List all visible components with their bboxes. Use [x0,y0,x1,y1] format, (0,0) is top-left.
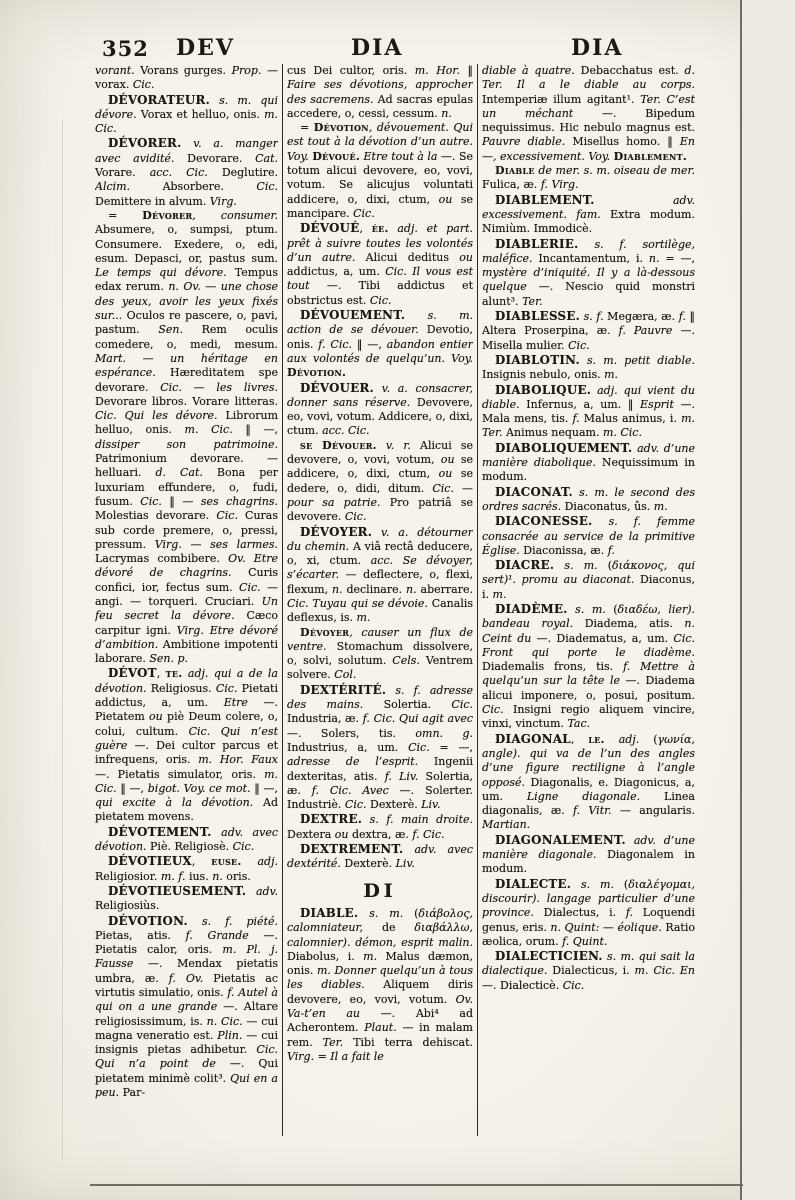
entry-text-segment: Cic. [133,78,155,91]
entry-text-segment: Intemperiæ illum agitant¹. [482,93,640,106]
entry-text-segment: f. Ov. [169,972,204,985]
entry-text-segment: ée. [372,222,389,235]
entry-text-segment: Pietatis simulator, oris. [110,768,265,781]
dictionary-entry: DEXTRE. s. f. main droite. Dextera ou de… [287,812,473,842]
entry-text-segment: Diaconissa, æ. [520,544,608,557]
entry-text-segment: Dévorer [142,209,192,222]
entry-text-segment: ‖ —, [233,423,278,436]
entry-text-segment: DÉVOTION. [108,914,188,928]
entry-text-segment: DÉVOTIEUX [108,854,192,868]
scan-edge-bottom-line [90,1184,743,1186]
entry-text-segment: m. [654,500,668,513]
entry-text-segment: m. Cic. [185,423,233,436]
entry-text-segment: Piè. Religiosè. [147,840,233,853]
entry-text-segment: d. Cat. [156,466,203,479]
entry-text-segment: Dialecticus, i. [547,964,634,977]
entry-text-segment: DÉVOT [108,666,157,680]
entry-text-segment: Debacchatus est. [575,64,685,77]
entry-text-segment: διαλέγομαι [628,878,691,891]
entry-text-segment: acc. Cic. [150,166,208,179]
entry-text-segment: ses chagrins. [201,495,278,508]
entry-text-segment: DÉVORATEUR. [108,93,210,107]
entry-text-segment: DIALECTE. [495,877,571,891]
entry-text-segment: Par- [119,1086,145,1099]
entry-text-segment: Sen. p. [149,652,188,665]
entry-text-segment: qui excite à la dévotion. [95,796,253,809]
entry-text-segment: DEXTÉRITÉ. [300,683,386,697]
dictionary-entry: DIABOLIQUEMENT. adv. d’une manière diabo… [482,441,695,485]
entry-text-segment: Diabolus, i. [287,950,363,963]
entry-text-segment: ses larmes. [210,538,278,551]
entry-text-segment: Industria, æ. [287,712,363,725]
dictionary-entry: DIADÈME. s. m. (διαδέω, lier). bandeau r… [482,602,695,732]
entry-text-segment: Col. [334,668,356,681]
adjacent-page-edge [742,0,795,1200]
entry-text-segment: Cat. [255,152,278,165]
entry-text-segment: Mart. [95,352,126,365]
entry-text-segment: Plaut. [364,1021,396,1034]
entry-text-segment: γωνία [658,733,692,746]
entry-text-segment: adj. [605,733,639,746]
entry-text-segment: le. [588,733,604,746]
entry-text-segment: m. Hor. [415,64,460,77]
entry-text-segment: Dialectus, i. [534,906,626,919]
entry-text-segment: Plin. [217,1029,242,1042]
entry-text-segment: ou [439,193,453,206]
entry-text-segment: f. Virg. [541,178,579,191]
entry-text-segment: Cic. [256,180,278,193]
entry-text-segment: ‖ [460,64,473,77]
entry-text-segment: ‖ —, [117,782,148,795]
entry-text-segment: diable à quatre. [482,64,575,77]
entry-text-segment: , [571,733,588,746]
entry-text-segment: les livres. [216,381,278,394]
entry-text-segment: Dextera [287,828,335,841]
entry-text-segment: DIALECTICIEN. [495,949,603,963]
entry-text-segment: DÉVOUER. [300,381,374,395]
column-rule-left [282,64,283,1136]
entry-text-segment: Cic. [345,510,367,523]
running-head-dia-center: DIA [351,35,403,61]
entry-text-segment: Cic. Tuyau qui se dévoie. [287,597,428,610]
entry-text-segment: n. [441,107,452,120]
dictionary-entry: se Dévouer. v. r. Alicui se devovere, o,… [287,439,473,525]
entry-text-segment: f. [573,412,580,425]
entry-text-segment: Fulica, æ. [482,178,541,191]
entry-text-segment: omn. g. [415,727,473,740]
scan-edge-right-line [740,0,742,1200]
entry-text-segment: n. Cic. [207,1015,243,1028]
entry-text-segment: Ter. [522,295,543,308]
dictionary-entry: DIABLESSE. s. f. Megæra, æ. f. ‖ Altera … [482,309,695,353]
entry-text-segment: se Dévouer. [300,439,377,452]
entry-text-segment: ou [149,710,163,723]
entry-text-segment: Religiosiùs. [95,899,159,912]
entry-text-segment: dextra, æ. [349,828,413,841]
entry-text-segment: éolique. [617,921,661,934]
running-head-dev: DEV [176,35,235,61]
entry-text-segment: Pauvre diable. [482,135,565,148]
entry-text-segment: = —, [430,741,473,754]
entry-text-segment: Vorans gurges. [135,64,232,77]
entry-text-segment: Molestias devorare. [95,509,216,522]
column-1: vorant. Vorans gurges. Prop. — vorax. Ci… [95,64,278,1142]
entry-text-segment: Cic. [451,698,473,711]
entry-text-segment: f. Pauvre —. [619,324,695,337]
entry-text-segment: DÉVOUEMENT. [300,308,405,322]
dictionary-entry: DÉVOYER. v. a. détourner du chemin. A vi… [287,525,473,626]
entry-text-segment: Absorbere. [130,180,256,193]
entry-text-segment: Virg. [155,538,182,551]
entry-text-segment: DIACONAT. [495,485,573,499]
entry-text-segment: Ligne diagonale. [527,790,640,803]
entry-text-segment: adv. [246,885,278,898]
entry-text-segment: m. [604,368,618,381]
dictionary-entry: DÉVOTIEUX, euse. adj. Religiosior. m. f.… [95,854,278,884]
entry-text-segment: n. [212,870,223,883]
dictionary-entry: DIALECTE. s. m. (διαλέγομαι, discourir).… [482,877,695,949]
entry-text-segment: Ter. [323,1036,344,1049]
entry-text-segment: ‖ — [162,495,201,508]
entry-text-segment: ‖ —, [251,782,278,795]
entry-text-segment: DIABLERIE. [495,237,579,251]
entry-text-segment: ( [614,878,628,891]
entry-text-segment: s. f. piété. [188,915,278,928]
entry-text-segment: bigot. Voy. ce mot. [148,782,251,795]
entry-text-segment: Religiosior. [95,870,161,883]
dictionary-entry: DIABLE. s. m. (διάβολος, calomniateur, d… [287,906,473,1064]
entry-text-segment: DEXTRE. [300,812,362,826]
entry-text-segment: Dexterè. [367,798,422,811]
entry-text-segment: Vorare. [95,166,150,179]
entry-text-segment: Diaconatus, ûs. [561,500,654,513]
dictionary-entry: DÉVORATEUR. s. m. qui dévore. Vorax et h… [95,93,278,137]
entry-text-segment: de [363,921,414,934]
entry-text-segment: διάβολος [418,907,469,920]
entry-continuation: vorant. Vorans gurges. Prop. — vorax. Ci… [95,64,278,93]
entry-text-segment: Dévotion [314,121,369,134]
entry-text-segment: f. Grande —. [186,929,278,942]
entry-text-segment: — [599,921,617,934]
running-head-dia-right: DIA [571,35,623,61]
column-3: diable à quatre. Debacchatus est. d. Ter… [482,64,695,1142]
entry-text-segment: διαβάλλω [414,921,469,934]
entry-text-segment: Industrius, a, um. [287,741,408,754]
entry-text-segment: Dévoué. [312,150,360,163]
entry-text-segment: ( [606,603,618,616]
dictionary-entry: DÉVOTEMENT. adv. avec dévotion. Piè. Rel… [95,825,278,855]
entry-text-segment: Alicui deditus [355,251,459,264]
entry-text-segment: Diablement. [614,150,687,163]
entry-text-segment: Pietas, atis. [95,929,186,942]
entry-text-segment: — [454,482,473,495]
entry-text-segment: n. Ov. [168,280,201,293]
entry-text-segment: Lacrymas combibere. [95,552,228,565]
entry-text-segment: aberrare. [417,583,473,596]
entry-text-segment: DIABLOTIN. [495,353,580,367]
entry-text-segment: Liv. [421,798,440,811]
entry-text-segment: Cic. [568,339,590,352]
dictionary-entry: DÉVOTION. s. f. piété. Pietas, atis. f. … [95,914,278,1101]
dictionary-entry: Dévoyer, causer un flux de ventre. Stoma… [287,626,473,683]
scanned-dictionary-page: 352 DEV DIA DIA vorant. Vorans gurges. P… [0,0,795,1200]
entry-text-segment: Misella mulier. [482,339,568,352]
entry-text-segment: euse. [211,855,241,868]
entry-text-segment: , consumer. [192,209,278,222]
entry-text-segment: n. [332,583,343,596]
entry-text-segment: — [201,280,221,293]
entry-text-segment: Infernus, a, um. ‖ [520,398,640,411]
entry-text-segment: ou [335,828,349,841]
entry-text-segment: addictus, a, um. [287,265,385,278]
entry-text-segment: DÉVOUÉ [300,221,360,235]
dictionary-entry: DIALECTICIEN. s. m. qui sait la dialecti… [482,949,695,993]
entry-text-segment: ‖ —, [352,338,387,351]
entry-text-segment: Virg. [287,1050,314,1063]
entry-text-segment: f. Vitr. [573,804,612,817]
entry-text-segment: f. Cic. [318,338,352,351]
entry-text-segment: m. f. [161,870,186,883]
dictionary-entry: DIABOLIQUE. adj. qui vient du diable. In… [482,383,695,441]
entry-text-segment: s. m. [571,878,614,891]
entry-text-segment: DIABLESSE. [495,309,580,323]
entry-text-segment: s. m. [554,559,597,572]
entry-text-segment: Cic. Qui les dévore. [95,409,218,422]
entry-text-segment: Incantamentum, i. [533,252,649,265]
dictionary-entry: = Dévorer, consumer. Absumere, o, sumpsi… [95,209,278,667]
entry-text-segment: Animus nequam. [503,426,603,439]
entry-text-segment: f. [626,906,633,919]
entry-text-segment: n. Quint: [550,921,599,934]
entry-text-segment: DÉVOTIEUSEMENT. [108,884,246,898]
entry-text-segment: s. f. [580,310,604,323]
entry-text-segment: Solers, tis. [302,727,416,740]
entry-text-segment: DIACONESSE. [495,514,593,528]
entry-text-segment: Cic. [160,381,182,394]
scan-gutter-shadow [62,120,63,1160]
entry-text-segment: , [157,667,166,680]
entry-text-segment: adj. [242,855,278,868]
entry-text-segment: de mer. s. m. oiseau de mer. [535,164,695,177]
entry-text-segment: dissiper son patrimoine. [95,438,278,451]
entry-text-segment: Pietatis calor, oris. [95,943,222,956]
entry-text-segment: Cic. [216,509,238,522]
dictionary-entry: DEXTREMENT. adv. avec dextérité. Dexterè… [287,842,473,872]
section-heading: DI [287,884,473,898]
dictionary-entry: DÉVOUÉ, ée. adj. et part. prêt à suivre … [287,221,473,308]
entry-text-segment: Deglutire. [208,166,278,179]
entry-text-segment: ou [441,453,455,466]
entry-text-segment: Alcim. [95,180,130,193]
entry-text-segment: Vorax et helluo, onis. [137,108,264,121]
entry-text-segment: m. [363,950,377,963]
entry-text-segment: DÉVOTEMENT. [108,825,212,839]
entry-text-segment: Devorare libros. Vorare litteras. [95,395,278,408]
entry-text-segment: Etre tout à la —. [360,150,455,163]
entry-text-segment: ( [639,733,657,746]
entry-text-segment: Sen. [158,323,183,336]
entry-text-segment: Absumere, o, sumpsi, ptum. Consumere. Ex… [95,223,278,265]
dictionary-entry: DÉVOT, te. adj. qui a de la dévotion. Re… [95,666,278,824]
entry-text-segment: , [360,222,372,235]
entry-text-segment: s. m. petit diable. [580,354,695,367]
entry-text-segment: Solertia. [363,698,451,711]
entry-text-segment: Diademalis frons, tis. [482,660,623,673]
entry-text-segment: Megæra, æ. [604,310,679,323]
entry-text-segment: Dexterè. [341,857,396,870]
dictionary-entry: DÉVOUEMENT. s. m. action de se dévouer. … [287,308,473,380]
entry-text-segment: Cic. [239,581,261,594]
entry-text-segment: = [300,121,314,134]
entry-text-segment: DÉVORER. [108,136,182,150]
entry-text-segment: Diable [495,164,535,177]
entry-text-segment: Virg. [210,195,237,208]
entry-text-segment: m. Cic. [603,426,642,439]
entry-text-segment: n. [649,252,660,265]
entry-text-segment: ou [439,467,453,480]
entry-text-segment: Demittere in alvum. [95,195,210,208]
entry-text-segment: DÉVOYER. [300,525,372,539]
dictionary-entry: DÉVOTIEUSEMENT. adv. Religiosiùs. [95,884,278,914]
entry-text-segment: Dévoyer [300,626,349,639]
entry-text-segment: Esprit —. [640,398,695,411]
entry-text-segment: DIABLE. [300,906,358,920]
entry-text-segment: Misellus homo. ‖ [565,135,680,148]
entry-text-segment: διαδέω [618,603,658,616]
entry-text-segment: Cic. [353,207,375,220]
entry-text-segment: Etre —. [224,696,278,709]
entry-text-segment: — [126,352,170,365]
entry-text-segment: f. [608,544,615,557]
entry-text-segment: Devorare. [174,152,255,165]
entry-text-segment: v. r. [377,439,411,452]
entry-text-segment: Prop. [232,64,262,77]
entry-text-segment: f. Quint. [562,935,607,948]
dictionary-entry: = Dévotion, dévouement. Qui est tout à l… [287,121,473,221]
entry-text-segment: διάκονος [612,559,664,572]
column-rule-right [477,64,478,1136]
entry-text-segment: Cic. [345,798,367,811]
entry-text-segment: Cels. [392,654,420,667]
entry-text-segment: f. [679,310,686,323]
entry-text-segment: n. [406,583,417,596]
entry-text-segment: adresse de l’esprit. [287,755,418,768]
entry-text-segment: Cic. [482,703,504,716]
entry-text-segment: m. [356,611,370,624]
entry-continuation: diable à quatre. Debacchatus est. d. Ter… [482,64,695,164]
page-content: vorant. Vorans gurges. Prop. — vorax. Ci… [95,64,695,1142]
entry-text-segment: DIABOLIQUE. [495,383,591,397]
entry-text-segment: Mala mens, tis. [482,412,573,425]
entry-text-segment: , [192,855,211,868]
entry-text-segment: Malus animus, i. [580,412,681,425]
entry-text-segment: oris. [223,870,251,883]
dictionary-entry: Diable de mer. s. m. oiseau de mer. Fuli… [482,164,695,193]
entry-text-segment: — [182,381,217,394]
entry-text-segment: DIABOLIQUEMENT. [495,441,632,455]
entry-text-segment: = —, [659,252,695,265]
dictionary-entry: DIABLERIE. s. f. sortilège, maléfice. In… [482,237,695,309]
dictionary-entry: DIACRE. s. m. (διάκονος, qui sert)¹. pro… [482,558,695,602]
entry-text-segment: Cic. [233,840,255,853]
entry-text-segment: Tibi terra dehiscat. [343,1036,473,1049]
entry-text-segment: — [182,538,210,551]
dictionary-entry: DIACONESSE. s. f. femme consacrée au ser… [482,514,695,558]
entry-text-segment: DEXTREMENT. [300,842,403,856]
entry-text-segment: pour sa patrie. [287,496,381,509]
page-number: 352 [102,36,149,61]
entry-continuation: cus Dei cultor, oris. m. Hor. ‖ Faire se… [287,64,473,121]
dictionary-entry: DEXTÉRITÉ. s. f. adresse des mains. Sole… [287,683,473,813]
entry-text-segment: ( [403,907,418,920]
entry-text-segment: Cic. [408,741,430,754]
entry-text-segment: Cic. [432,482,454,495]
entry-text-segment: ( [598,559,612,572]
entry-text-segment: cus Dei cultor, oris. [287,64,415,77]
dictionary-entry: DÉVOUER. v. a. consacrer, donner sans ré… [287,381,473,439]
entry-text-segment: f. Cic. [412,828,444,841]
entry-text-segment: acc. Cic. [322,424,369,437]
entry-text-segment: Diadema, atis. [573,617,684,630]
entry-text-segment: s. m. [358,907,403,920]
entry-text-segment: DIACRE. [495,558,554,572]
entry-text-segment: Le temps qui dévore. [95,266,227,279]
entry-text-segment: ou [459,251,473,264]
column-2: cus Dei cultor, oris. m. Hor. ‖ Faire se… [287,64,473,1142]
entry-text-segment: vorant. [95,64,135,77]
dictionary-entry: DIABLEMENT. adv. excessivement. fam. Ext… [482,193,695,237]
entry-text-segment: s. f. main droite. [362,813,473,826]
entry-text-segment: Dialecticè. [497,979,563,992]
entry-text-segment: ius. [185,870,212,883]
entry-text-segment: Liv. [396,857,415,870]
entry-text-segment: Pietatem [95,710,149,723]
entry-text-segment: DIAGONALEMENT. [495,833,626,847]
entry-text-segment: f. Liv. [385,770,419,783]
entry-text-segment: te. [166,667,183,680]
entry-text-segment: — angularis. [612,804,695,817]
dictionary-entry: DIABLOTIN. s. m. petit diable. Insignis … [482,353,695,383]
entry-text-segment: DIABLEMENT. [495,193,595,207]
entry-text-segment: Cic. [140,495,162,508]
entry-text-segment: = [314,1050,330,1063]
dictionary-entry: DIACONAT. s. m. le second des ordres sac… [482,485,695,515]
entry-text-segment: Dévotion. [287,366,346,379]
entry-text-segment: m. [493,588,507,601]
entry-text-segment: s. m. [568,603,606,616]
entry-text-segment: Diadematus, a, um. [551,632,673,645]
entry-text-segment: declinare. [343,583,406,596]
entry-text-segment: Insignis nebulo, onis. [482,368,604,381]
entry-text-segment: Cic. [563,979,585,992]
entry-text-segment: Cic. [370,294,392,307]
entry-text-segment: Il a fait le [330,1050,384,1063]
dictionary-entry: DIAGONALEMENT. adv. d’une manière diagon… [482,833,695,877]
entry-text-segment: Religiosus. [147,682,216,695]
entry-text-segment: Tac. [567,717,590,730]
entry-text-segment: DIADÈME. [495,602,568,616]
entry-text-segment: Martian. [482,818,530,831]
entry-text-segment: DIAGONAL [495,732,571,746]
dictionary-entry: DÉVORER. v. a. manger avec avidité. Devo… [95,136,278,208]
dictionary-entry: DIAGONAL, le. adj. (γωνία, angle). qui v… [482,732,695,833]
entry-text-segment: f. Cic. Avec —. [312,784,414,797]
entry-text-segment: Cic. [216,682,238,695]
entry-text-segment: = [108,209,142,222]
